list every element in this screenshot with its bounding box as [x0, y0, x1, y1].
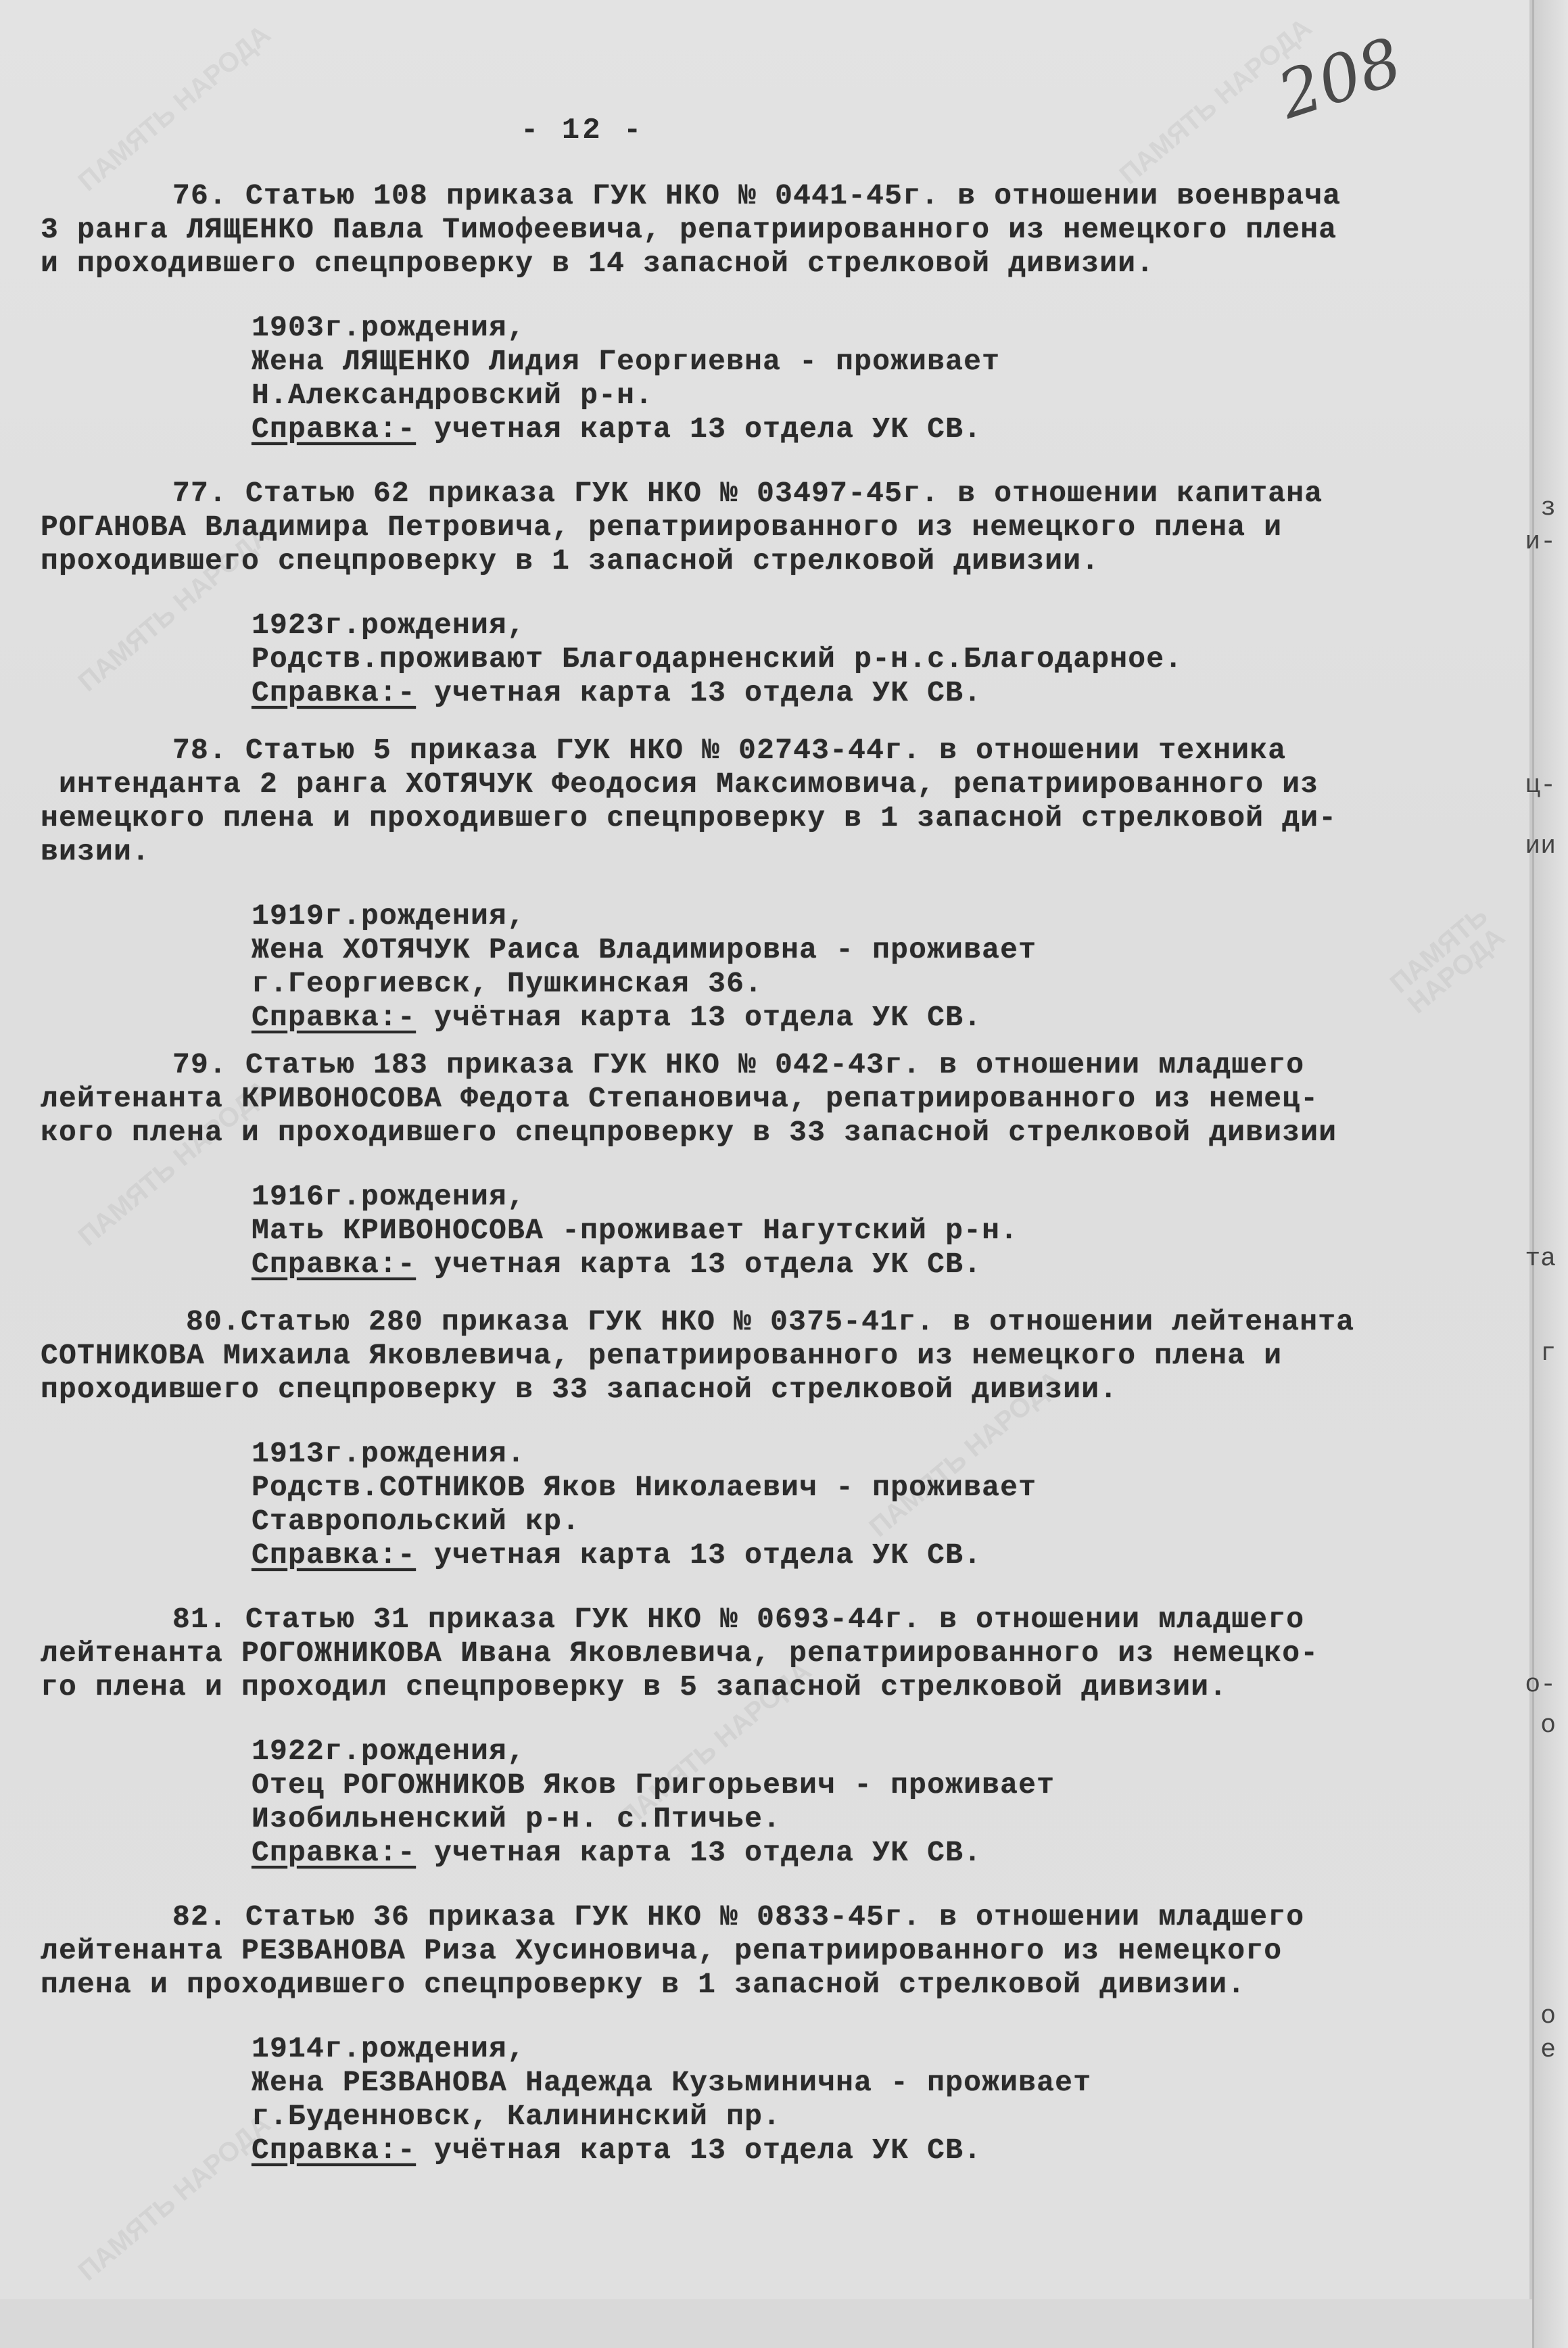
entry-paragraph-line: СОТНИКОВА Михаила Яковлевича, репатрииро…	[41, 1339, 1282, 1372]
relative-info: Родств.СОТНИКОВ Яков Николаевич - прожив…	[252, 1471, 1037, 1504]
entry-paragraph-line: 78. Статью 5 приказа ГУК НКО № 02743-44г…	[172, 734, 1286, 767]
watermark: ПАМЯТЬ НАРОДА	[1368, 887, 1528, 1034]
birth-year: 1914г.рождения,	[252, 2032, 525, 2065]
relative-info: Мать КРИВОНОСОВА -проживает Нагутский р-…	[252, 1214, 1018, 1247]
reference-line: Справка:- учетная карта 13 отдела УК СВ.	[252, 676, 982, 709]
entry-paragraph-line: и проходившего спецпроверку в 14 запасно…	[41, 247, 1154, 280]
entry-paragraph-line: проходившего спецпроверку в 1 запасной с…	[41, 544, 1099, 578]
relative-info: Ставропольский кр.	[252, 1505, 580, 1538]
watermark: ПАМЯТЬ НАРОДА	[74, 20, 275, 195]
margin-bleed-char: и-	[1525, 527, 1556, 557]
reference-label: Справка:-	[252, 1539, 416, 1572]
reference-label: Справка:-	[252, 413, 416, 446]
relative-info: Жена РЕЗВАНОВА Надежда Кузьминична - про…	[252, 2066, 1091, 2099]
reference-line: Справка:- учетная карта 13 отдела УК СВ.	[252, 1836, 982, 1869]
entry-paragraph-line: проходившего спецпроверку в 33 запасной …	[41, 1373, 1118, 1406]
relative-info: Родств.проживают Благодарненский р-н.с.Б…	[252, 642, 1183, 676]
reference-label: Справка:-	[252, 1248, 416, 1281]
reference-label: Справка:-	[252, 1836, 416, 1869]
entry-paragraph-line: интенданта 2 ранга ХОТЯЧУК Феодосия Макс…	[41, 768, 1318, 801]
entry-paragraph-line: 82. Статью 36 приказа ГУК НКО № 0833-45г…	[172, 1900, 1304, 1933]
reference-line: Справка:- учётная карта 13 отдела УК СВ.	[252, 1001, 982, 1034]
entry-paragraph-line: лейтенанта РОГОЖНИКОВА Ивана Яковлевича,…	[41, 1637, 1318, 1670]
margin-bleed-char: о	[1540, 1711, 1556, 1740]
reference-text: учетная карта 13 отдела УК СВ.	[416, 1248, 982, 1281]
margin-bleed-char: г	[1540, 1339, 1556, 1368]
birth-year: 1903г.рождения,	[252, 311, 525, 344]
margin-bleed-char: о	[1540, 2002, 1556, 2031]
entry-paragraph-line: 3 ранга ЛЯЩЕНКО Павла Тимофеевича, репат…	[41, 213, 1337, 246]
entry-paragraph-line: 76. Статью 108 приказа ГУК НКО № 0441-45…	[172, 179, 1341, 212]
entry-paragraph-line: го плена и проходил спецпроверку в 5 зап…	[41, 1670, 1227, 1704]
watermark: ПАМЯТЬ НАРОДА	[74, 2110, 275, 2285]
relative-info: г.Буденновск, Калининский пр.	[252, 2100, 781, 2133]
margin-bleed-char: з	[1540, 494, 1556, 523]
margin-bleed-char: ц-	[1525, 771, 1556, 800]
page-number: - 12 -	[521, 114, 644, 147]
birth-year: 1923г.рождения,	[252, 609, 525, 642]
relative-info: г.Георгиевск, Пушкинская 36.	[252, 967, 763, 1000]
reference-text: учетная карта 13 отдела УК СВ.	[416, 413, 982, 446]
reference-text: учетная карта 13 отдела УК СВ.	[416, 1539, 982, 1572]
relative-info: Жена ХОТЯЧУК Раиса Владимировна - прожив…	[252, 933, 1037, 966]
relative-info: Отец РОГОЖНИКОВ Яков Григорьевич - прожи…	[252, 1768, 1055, 1802]
birth-year: 1913г.рождения.	[252, 1437, 525, 1470]
entry-paragraph-line: плена и проходившего спецпроверку в 1 за…	[41, 1968, 1245, 2001]
entry-paragraph-line: лейтенанта КРИВОНОСОВА Федота Степанович…	[41, 1082, 1318, 1115]
reference-text: учетная карта 13 отдела УК СВ.	[416, 1836, 982, 1869]
entry-paragraph-line: 79. Статью 183 приказа ГУК НКО № 042-43г…	[172, 1048, 1304, 1081]
relative-info: Изобильненский р-н. с.Птичье.	[252, 1802, 781, 1835]
entry-paragraph-line: 77. Статью 62 приказа ГУК НКО № 03497-45…	[172, 477, 1323, 510]
reference-line: Справка:- учётная карта 13 отдела УК СВ.	[252, 2134, 982, 2167]
margin-bleed-char: е	[1540, 2036, 1556, 2065]
relative-info: Жена ЛЯЩЕНКО Лидия Георгиевна - проживае…	[252, 345, 1000, 378]
birth-year: 1916г.рождения,	[252, 1180, 525, 1213]
adjacent-page-edge: зи-ц-иитаго-оое	[1532, 0, 1568, 2348]
reference-text: учётная карта 13 отдела УК СВ.	[416, 1001, 982, 1034]
reference-line: Справка:- учетная карта 13 отдела УК СВ.	[252, 413, 982, 446]
entry-paragraph-line: 80.Статью 280 приказа ГУК НКО № 0375-41г…	[186, 1305, 1354, 1338]
birth-year: 1919г.рождения,	[252, 899, 525, 933]
reference-label: Справка:-	[252, 1001, 416, 1034]
entry-paragraph-line: лейтенанта РЕЗВАНОВА Риза Хусиновича, ре…	[41, 1934, 1282, 1967]
reference-text: учётная карта 13 отдела УК СВ.	[416, 2134, 982, 2167]
margin-bleed-char: о-	[1525, 1670, 1556, 1699]
birth-year: 1922г.рождения,	[252, 1735, 525, 1768]
reference-text: учетная карта 13 отдела УК СВ.	[416, 676, 982, 709]
entry-paragraph-line: РОГАНОВА Владимира Петровича, репатрииро…	[41, 511, 1282, 544]
reference-line: Справка:- учетная карта 13 отдела УК СВ.	[252, 1248, 982, 1281]
entry-paragraph-line: 81. Статью 31 приказа ГУК НКО № 0693-44г…	[172, 1603, 1304, 1636]
margin-bleed-char: ии	[1525, 832, 1556, 861]
reference-line: Справка:- учетная карта 13 отдела УК СВ.	[252, 1539, 982, 1572]
relative-info: Н.Александровский р-н.	[252, 379, 653, 412]
entry-paragraph-line: кого плена и проходившего спецпроверку в…	[41, 1116, 1337, 1149]
reference-label: Справка:-	[252, 2134, 416, 2167]
entry-paragraph-line: немецкого плена и проходившего спецпрове…	[41, 801, 1337, 835]
document-page: ПАМЯТЬ НАРОДА ПАМЯТЬ НАРОДА ПАМЯТЬ НАРОД…	[0, 0, 1529, 2299]
margin-bleed-char: та	[1525, 1244, 1556, 1273]
entry-paragraph-line: визии.	[41, 835, 150, 868]
reference-label: Справка:-	[252, 676, 416, 709]
